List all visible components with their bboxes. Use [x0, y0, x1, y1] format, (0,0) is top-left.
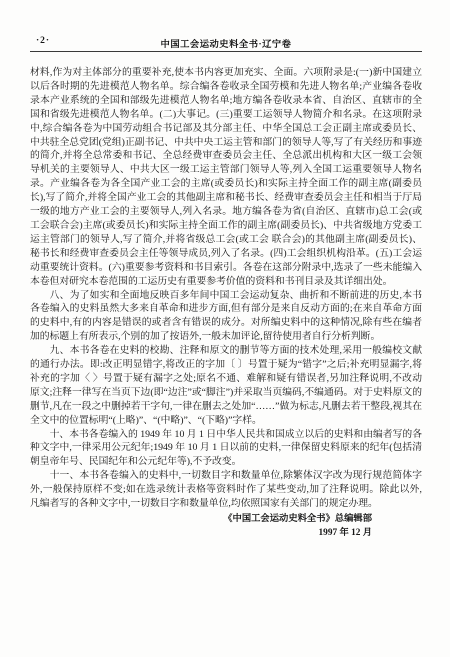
book-page: ·2· 中国工会运动史料全书·辽宁卷 材料,作为对主体部分的重要补充,使本书内容…	[0, 0, 450, 657]
signature-date: 1997 年 12 月	[30, 526, 372, 540]
body-text: 材料,作为对主体部分的重要补充,使本书内容更加充实、全面。六项附录是:(一)新中…	[30, 66, 422, 541]
signature-block: 《中国工会运动史料全书》总编辑部 1997 年 12 月	[30, 512, 422, 541]
paragraph: 八、为了如实和全面地反映百多年间中国工会运动复杂、曲折和不断前进的历史,本书各卷…	[30, 289, 422, 345]
paragraph: 材料,作为对主体部分的重要补充,使本书内容更加充实、全面。六项附录是:(一)新中…	[30, 66, 422, 289]
running-title: 中国工会运动史料全书·辽宁卷	[30, 36, 422, 50]
paragraph: 十、本书各卷编入的 1949 年 10 月 1 日中华人民共和国成立以后的史料和…	[30, 428, 422, 470]
running-header: ·2· 中国工会运动史料全书·辽宁卷	[30, 36, 422, 50]
signature-organization: 《中国工会运动史料全书》总编辑部	[30, 512, 372, 526]
paragraph: 九、本书各卷在史料的校勘、注释和原文的删节等方面的技术处理,采用一般编校文献的通…	[30, 344, 422, 427]
paragraph: 十一、本书各卷编入的史料中,一切数目字和数量单位,除繁体汉字改为现行规范简体字外…	[30, 469, 422, 511]
header-rule	[30, 51, 422, 52]
